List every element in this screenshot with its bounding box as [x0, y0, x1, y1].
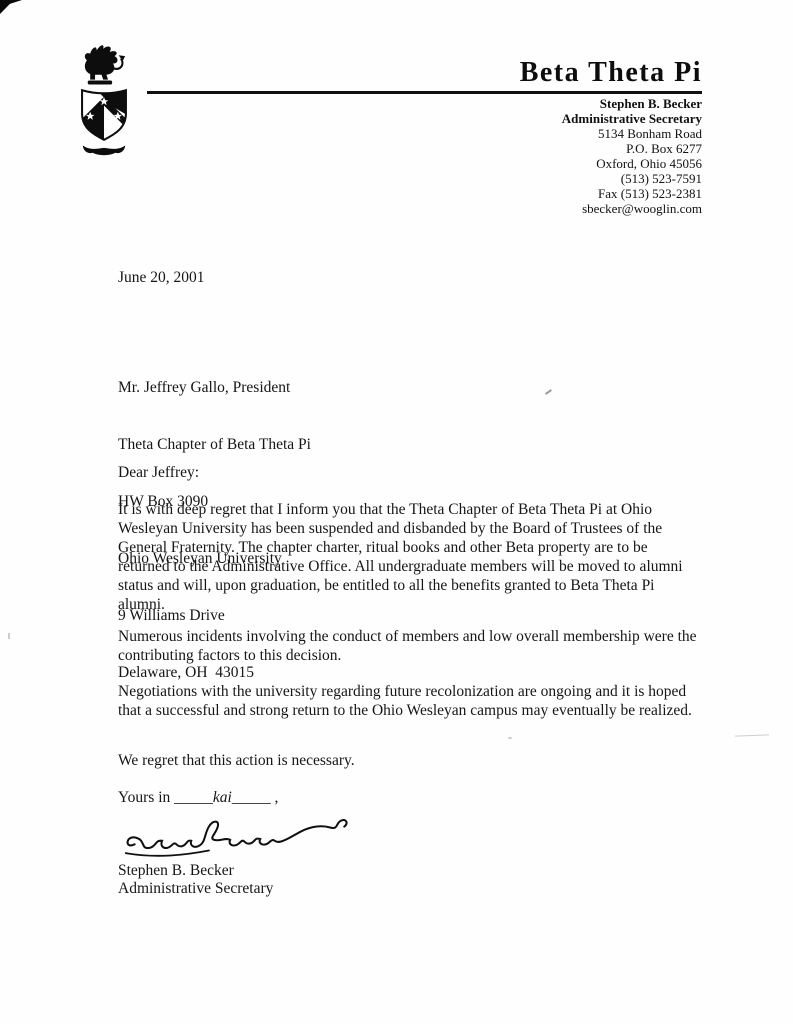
contact-fax: Fax (513) 523-2381 — [402, 186, 702, 201]
recipient-line: Theta Chapter of Beta Theta Pi — [118, 435, 311, 454]
org-name: Beta Theta Pi — [380, 56, 702, 90]
contact-title: Administrative Secretary — [402, 111, 702, 126]
date-line: June 20, 2001 — [118, 268, 205, 287]
scan-artifact-speck — [735, 734, 769, 736]
contact-email: sbecker@wooglin.com — [402, 201, 702, 216]
body-paragraph: Negotiations with the university regardi… — [118, 682, 703, 720]
contact-name: Stephen B. Becker — [402, 96, 702, 111]
scan-artifact-speck — [545, 389, 552, 395]
contact-block: Stephen B. Becker Administrative Secreta… — [402, 96, 702, 216]
signer-title: Administrative Secretary — [118, 879, 273, 898]
scan-artifact-corner — [0, 0, 22, 14]
contact-address-line: Oxford, Ohio 45056 — [402, 156, 702, 171]
body-paragraph: We regret that this action is necessary. — [118, 751, 703, 770]
body-paragraph: Numerous incidents involving the conduct… — [118, 627, 703, 665]
scan-artifact-speck — [508, 737, 512, 739]
fraternity-crest-icon — [78, 43, 130, 161]
valediction-prefix: Yours in — [118, 789, 174, 806]
letterhead-rule — [147, 91, 702, 94]
contact-address-line: 5134 Bonham Road — [402, 126, 702, 141]
valediction-blank: _____ — [174, 789, 213, 806]
recipient-line: Delaware, OH 43015 — [118, 663, 311, 682]
valediction-comma: , — [271, 789, 279, 806]
scan-artifact-speck — [8, 633, 10, 639]
contact-address-line: P.O. Box 6277 — [402, 141, 702, 156]
signer-name: Stephen B. Becker — [118, 861, 234, 880]
scanned-letter-page: Beta Theta Pi Stephen B. Becker Administ… — [0, 0, 793, 1024]
contact-phone: (513) 523-7591 — [402, 171, 702, 186]
recipient-line: Mr. Jeffrey Gallo, President — [118, 378, 311, 397]
body-paragraph: It is with deep regret that I inform you… — [118, 500, 703, 614]
valediction: Yours in _____kai_____ , — [118, 788, 278, 807]
salutation: Dear Jeffrey: — [118, 463, 199, 482]
valediction-blank: _____ — [232, 789, 271, 806]
valediction-kai: kai — [213, 789, 232, 806]
handwritten-signature — [108, 816, 393, 862]
